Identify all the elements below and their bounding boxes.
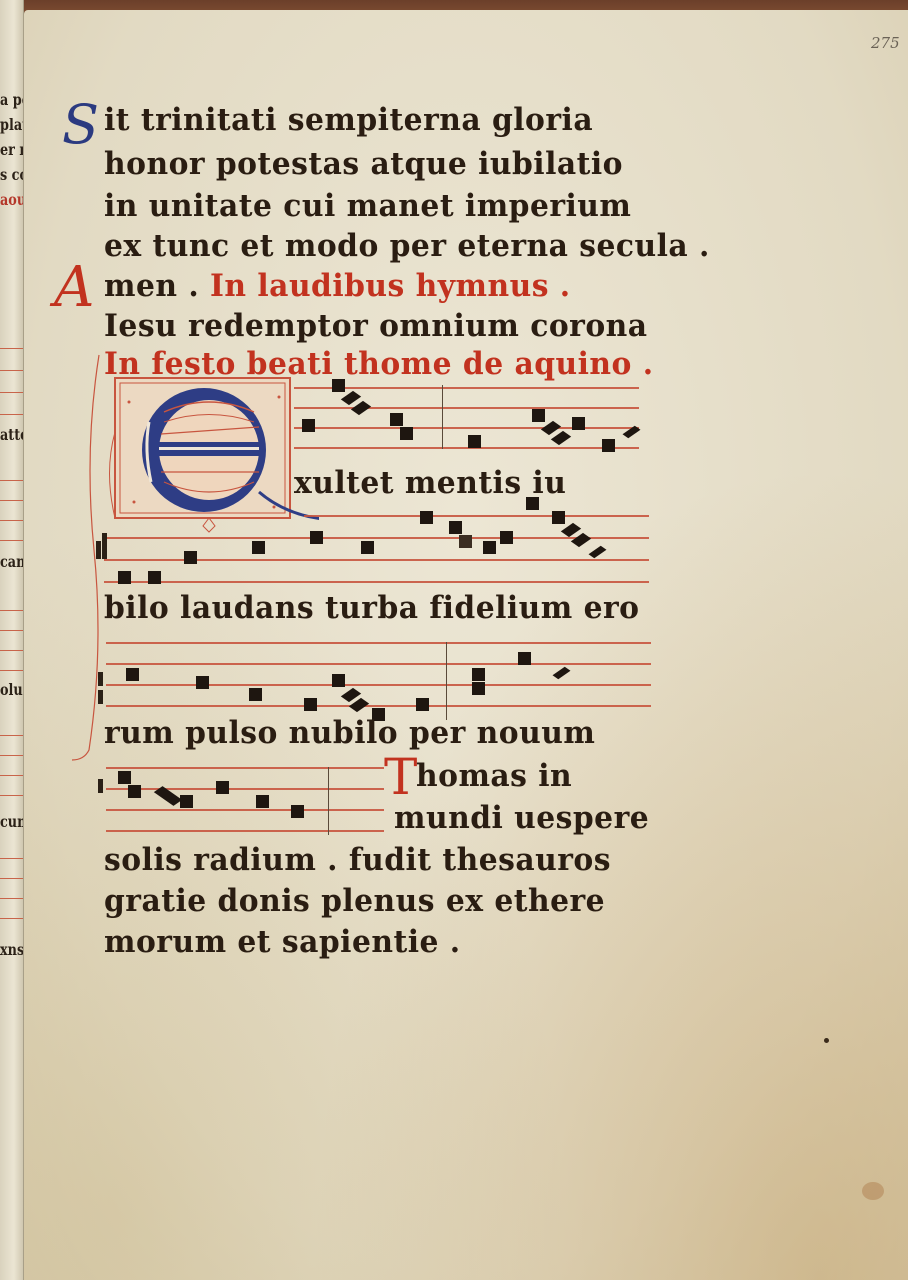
lyric-line: rum pulso nubilo per nouum <box>104 715 595 751</box>
custos <box>589 546 607 559</box>
text-line: solis radium . fudit thesauros <box>104 842 611 878</box>
neume <box>118 771 131 784</box>
neume <box>571 533 591 547</box>
facing-text-fragment: oluc <box>0 680 24 699</box>
neume <box>468 435 481 448</box>
neume <box>551 431 571 445</box>
manuscript-page: 275 S it trinitati sempiterna gloria hon… <box>24 10 908 1280</box>
neume <box>332 674 345 687</box>
neume <box>472 682 485 695</box>
neume <box>526 497 539 510</box>
music-staff-3 <box>106 642 651 702</box>
neume <box>361 541 374 554</box>
text-line: in unitate cui manet imperium <box>104 188 631 224</box>
neume <box>216 781 229 794</box>
c-clef <box>98 672 103 686</box>
neume <box>483 541 496 554</box>
neume <box>180 795 193 808</box>
facing-text-fragment: cant <box>0 552 24 571</box>
neume <box>500 531 513 544</box>
facing-text-fragment: plau <box>0 115 24 134</box>
initial-t-red: T <box>384 752 417 802</box>
neume <box>420 511 433 524</box>
rubric-in-laudibus: In laudibus hymnus . <box>210 268 571 304</box>
c-clef <box>98 690 103 704</box>
neume <box>128 785 141 798</box>
custos <box>553 667 571 680</box>
initial-a-red: A <box>54 260 94 316</box>
neume <box>572 417 585 430</box>
text-line: gratie donis plenus ex ethere <box>104 883 605 919</box>
neume <box>472 668 485 681</box>
neume <box>518 652 531 665</box>
neume <box>126 668 139 681</box>
c-clef <box>102 533 107 559</box>
neume <box>400 427 413 440</box>
neume <box>351 401 371 415</box>
neume <box>196 676 209 689</box>
red-pen-flourish <box>44 350 104 770</box>
neume <box>332 379 345 392</box>
stain <box>862 1182 884 1200</box>
facing-text-fragment: er m <box>0 140 24 159</box>
neume <box>184 551 197 564</box>
hymn-incipit: Iesu redemptor omnium corona <box>104 308 648 344</box>
lyric-line: bilo laudans turba fidelium ero <box>104 590 640 626</box>
neume <box>148 571 161 584</box>
music-staff-1 <box>294 385 644 445</box>
music-staff-2 <box>104 515 649 575</box>
neume <box>390 413 403 426</box>
music-staff-4 <box>106 767 386 827</box>
amen-text: men . In laudibus hymnus . <box>104 268 571 304</box>
amen-word: men . <box>104 268 199 304</box>
folio-number: 275 <box>871 34 900 52</box>
initial-s-blue: S <box>62 98 99 152</box>
neume <box>449 521 462 534</box>
neume <box>252 541 265 554</box>
ink-speck <box>824 1038 829 1043</box>
facing-page-edge: a per plau er m s co aoui atte cant oluc… <box>0 0 24 1280</box>
facing-text-fragment: atte <box>0 425 24 444</box>
c-clef <box>98 779 103 793</box>
facing-text-fragment: s co <box>0 165 24 184</box>
verse-line: mundi uespere <box>394 800 649 836</box>
text-line: it trinitati sempiterna gloria <box>104 102 593 138</box>
neume <box>256 795 269 808</box>
lyric-line: xultet mentis iu <box>294 465 566 501</box>
text-line: morum et sapientie . <box>104 924 461 960</box>
text-line: ex tunc et modo per eterna secula . <box>104 228 710 264</box>
neume <box>118 571 131 584</box>
neume <box>304 698 317 711</box>
neume <box>291 805 304 818</box>
verse-line: homas in <box>416 758 572 794</box>
neume <box>310 531 323 544</box>
facing-text-fragment: xns <box>0 940 24 959</box>
facing-text-fragment: aoui <box>0 190 24 209</box>
c-clef <box>96 541 101 559</box>
neume <box>602 439 615 452</box>
text-line: honor potestas atque iubilatio <box>104 146 623 182</box>
neume <box>532 409 545 422</box>
neume <box>416 698 429 711</box>
neume <box>302 419 315 432</box>
neume <box>459 535 472 548</box>
facing-text-fragment: a per <box>0 90 24 109</box>
neume <box>552 511 565 524</box>
neume <box>249 688 262 701</box>
facing-text-fragment: cum <box>0 812 24 831</box>
decorated-initial-e <box>109 372 319 537</box>
